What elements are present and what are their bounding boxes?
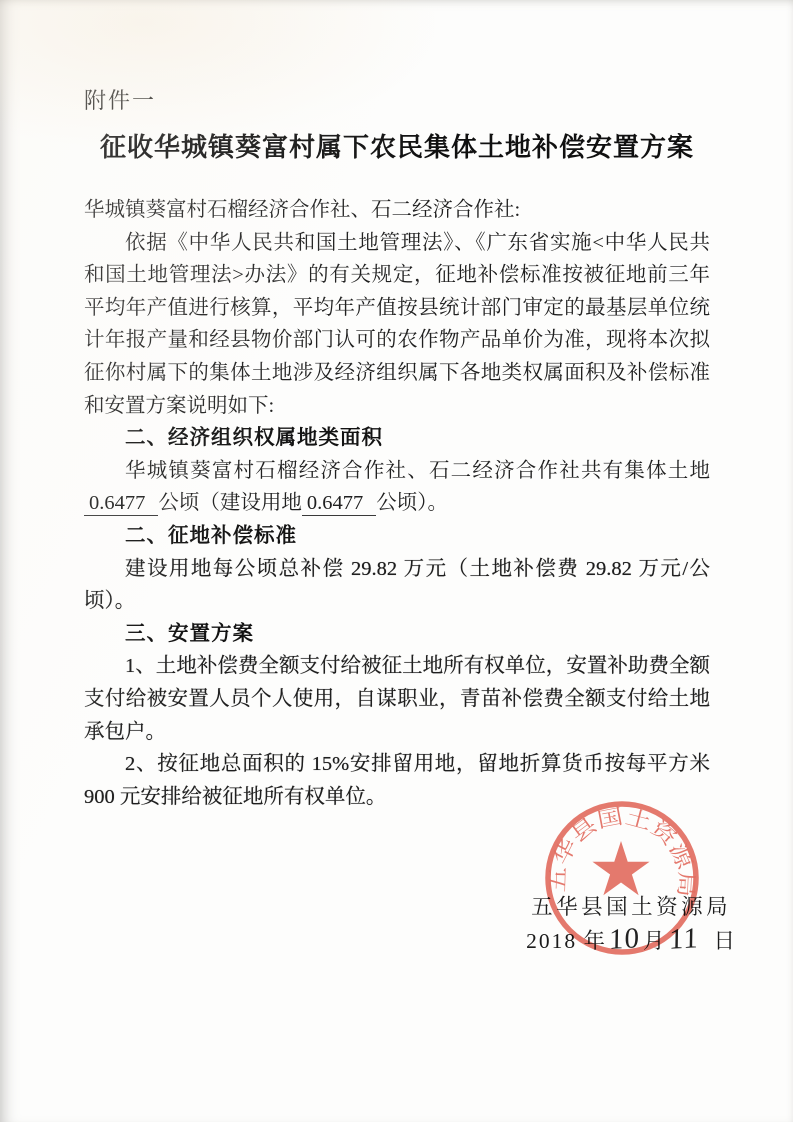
attachment-label: 附件一	[84, 84, 710, 115]
document-body: 华城镇葵富村石榴经济合作社、石二经济合作社: 依据《中华人民共和国土地管理法》、…	[84, 194, 710, 813]
land-area-text-post: 公顷）。	[376, 492, 448, 514]
paragraph-legal-basis: 依据《中华人民共和国土地管理法》、《广东省实施<中华人民共和国土地管理法>办法》…	[84, 227, 710, 423]
document-page: 附件一 征收华城镇葵富村属下农民集体土地补偿安置方案 华城镇葵富村石榴经济合作社…	[0, 0, 793, 1122]
paragraph-land-area: 华城镇葵富村石榴经济合作社、石二经济合作社共有集体土地0.6477公顷（建设用地…	[84, 455, 710, 520]
land-area-text-pre: 华城镇葵富村石榴经济合作社、石二经济合作社共有集体土地	[125, 460, 710, 482]
date-day-label: 日	[713, 929, 736, 953]
land-area-text-mid: 公顷（建设用地	[158, 492, 302, 514]
paragraph-compensation-standard: 建设用地每公顷总补偿 29.82 万元（土地补偿费 29.82 万元/公顷）。	[84, 553, 710, 618]
resettlement-item-1: 1、土地补偿费全额支付给被征土地所有权单位，安置补助费全额支付给被安置人员个人使…	[84, 650, 710, 748]
document-title: 征收华城镇葵富村属下农民集体土地补偿安置方案	[84, 127, 710, 164]
seal-star	[592, 841, 649, 895]
construction-area-value: 0.6477	[302, 492, 376, 516]
section-3-heading: 三、安置方案	[84, 618, 710, 651]
total-area-value: 0.6477	[84, 492, 158, 516]
section-2-heading: 二、征地补偿标准	[84, 520, 710, 553]
section-1-heading: 二、经济组织权属地类面积	[84, 422, 710, 455]
official-seal: 五华县国土资源局	[543, 799, 701, 957]
salutation-line: 华城镇葵富村石榴经济合作社、石二经济合作社:	[84, 194, 710, 227]
